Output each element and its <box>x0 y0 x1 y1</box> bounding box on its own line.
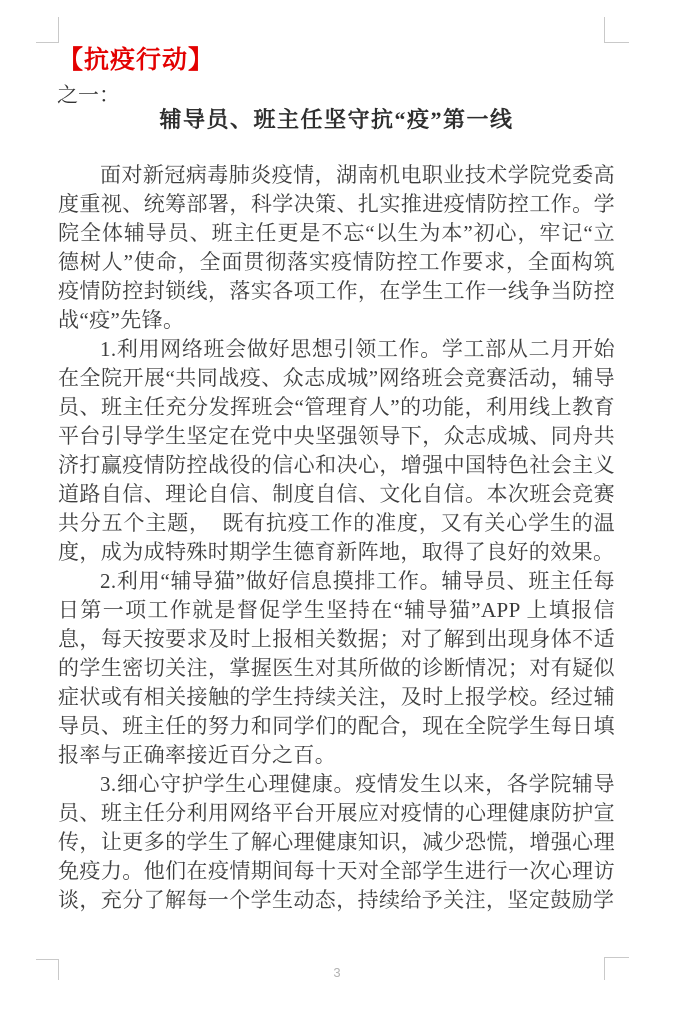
body-paragraph-point-2: 2.利用“辅导猫”做好信息摸排工作。辅导员、班主任每日第一项工作就是督促学生坚持… <box>58 567 615 770</box>
article-title: 辅导员、班主任坚守抗“疫”第一线 <box>58 103 615 134</box>
document-page: 【抗疫行动】 之一： 辅导员、班主任坚守抗“疫”第一线 面对新冠病毒肺炎疫情，湖… <box>0 0 674 1024</box>
article-body: 面对新冠病毒肺炎疫情，湖南机电职业技术学院党委高度重视、统筹部署，科学决策、扎实… <box>58 161 615 915</box>
crop-mark-top-right <box>604 17 629 43</box>
body-paragraph-intro: 面对新冠病毒肺炎疫情，湖南机电职业技术学院党委高度重视、统筹部署，科学决策、扎实… <box>58 161 615 335</box>
body-paragraph-point-3: 3.细心守护学生心理健康。疫情发生以来，各学院辅导员、班主任分利用网络平台开展应… <box>58 770 615 915</box>
section-tag: 【抗疫行动】 <box>58 40 214 76</box>
crop-mark-top-left <box>36 17 59 43</box>
body-paragraph-point-1: 1.利用网络班会做好思想引领工作。学工部从二月开始在全院开展“共同战疫、众志成城… <box>58 335 615 567</box>
page-number: 3 <box>0 965 674 980</box>
